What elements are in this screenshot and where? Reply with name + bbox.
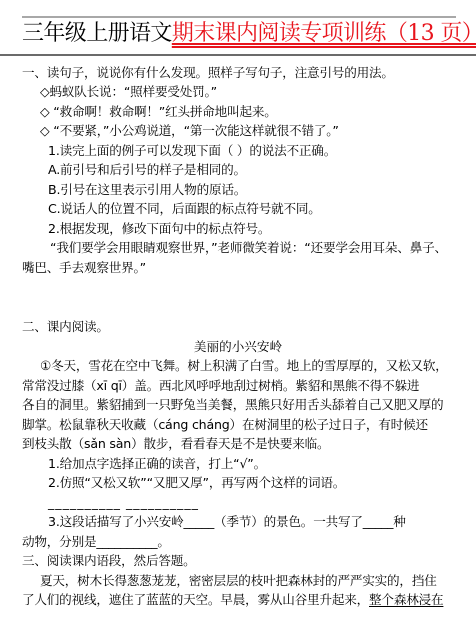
section3-passage-line2: 了人们的视线，遮住了蓝蓝的天空。早晨，雾从山谷里升起来，整个森林浸在 (22, 591, 443, 609)
question-1-2-sentence-line1: “我们要学会用眼睛观察世界，”老师微笑着说：“还要学会用耳朵、鼻子、 (50, 239, 447, 257)
title-exam-topic: 期末课内阅读专项训练（13 页） (172, 21, 476, 46)
passage-line-3: 各自的洞里。紫貂捕到一只野兔当美餐，黑熊只好用舌头舔着自己又肥又厚的 (22, 396, 443, 414)
page-title: 三年级上册语文期末课内阅读专项训练（13 页） (22, 19, 476, 49)
question-1-2: 2.根据发现，修改下面句中的标点符号。 (48, 220, 270, 238)
passage-line-4: 脚掌。松鼠靠秋天收藏（cáng cháng）在树洞里的松子过日子，有时候还 (22, 416, 428, 434)
header-top-rule (22, 16, 456, 18)
passage-line-5: 到枝头散（sǎn sàn）散步，看看春天是不是快要来临。 (22, 435, 329, 453)
option-a: A.前引号和后引号的样子是相同的。 (48, 161, 246, 179)
section3-passage-line2-text: 了人们的视线，遮住了蓝蓝的天空。早晨，雾从山谷里升起来， (22, 592, 369, 607)
underlined-phrase: 整个森林浸在 (369, 592, 443, 607)
section2-heading: 二、课内阅读。 (22, 318, 109, 336)
passage-title: 美丽的小兴安岭 (0, 338, 476, 356)
section3-heading: 三、阅读课内语段，然后答题。 (22, 552, 196, 570)
example-2: ◇ “救命啊！救命啊！”红头拼命地叫起来。 (40, 103, 277, 121)
answer-blanks-2-2[interactable]: __________ __________ (48, 494, 199, 512)
question-2-2: 2.仿照“又松又软”“又肥又厚”，再写两个这样的词语。 (48, 474, 345, 492)
option-b: B.引号在这里表示引用人物的原话。 (48, 181, 246, 199)
example-1: ◇蚂蚁队长说：“照样要受处罚。” (40, 83, 217, 101)
example-3: ◇ “不要紧，”小公鸡说道，“第一次能这样就很不错了。” (40, 122, 339, 140)
question-1-1: 1.读完上面的例子可以发现下面（ ）的说法不正确。 (48, 142, 336, 160)
passage-line-2: 常常没过膝（xī qī）盖。西北风呼呼地刮过树梢。紫貂和黑熊不得不躲进 (22, 377, 419, 395)
header-separator (0, 54, 476, 56)
section3-passage-line1: 夏天，树木长得葱葱茏茏，密密层层的枝叶把森林封的严严实实的，挡住 (40, 572, 437, 590)
question-2-1: 1.给加点字选择正确的读音，打上“√”。 (48, 455, 266, 473)
question-1-2-sentence-line2: 嘴巴、手去观察世界。” (22, 259, 146, 277)
option-c: C.说话人的位置不同，后面跟的标点符号就不同。 (48, 200, 321, 218)
passage-line-1: ①冬天，雪花在空中飞舞。树上积满了白雪。地上的雪厚厚的，又松又软， (40, 357, 448, 375)
question-2-3-line1: 3.这段话描写了小兴安岭_____（季节）的景色。一共写了_____种 (48, 513, 406, 531)
title-grade-subject: 三年级上册语文 (22, 21, 172, 46)
question-2-3-line2: 动物，分别是__________。 (22, 533, 170, 551)
section1-heading: 一、读句子，说说你有什么发现。照样子写句子，注意引号的用法。 (22, 64, 394, 82)
